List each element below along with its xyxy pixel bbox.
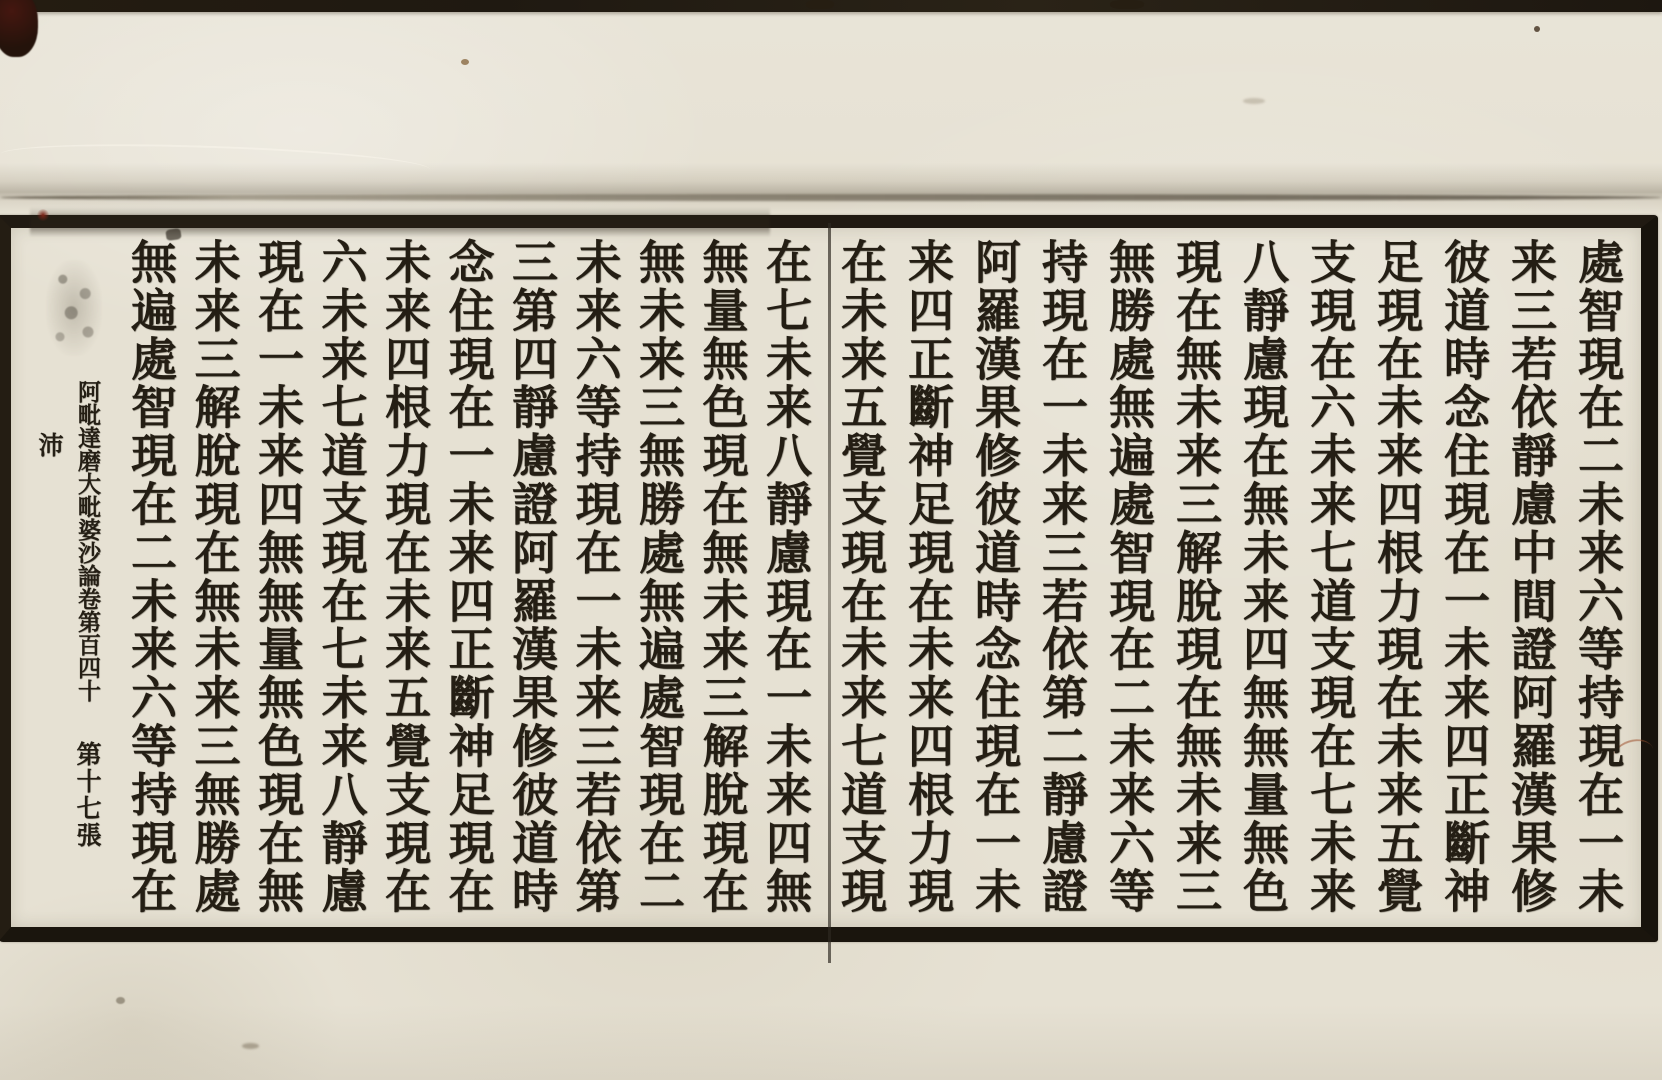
right-text-column-4: 足現在未来四根力現在未来五覺 [1368,238,1426,938]
paper-speck [461,59,469,65]
right-text-column-3: 彼道時念住現在一未来四正斷神 [1435,238,1493,938]
top-left-stain [0,0,38,57]
left-text-column-1: 在七未来八靜慮現在一未来四無 [757,238,815,938]
paper-speck [116,997,125,1004]
left-text-column-11: 無遍處智現在二未来六等持現在 [122,238,180,938]
right-text-column-12: 在未来五覺支現在未来七道支現 [832,238,890,938]
left-text-column-2: 無量無色現在無未来三解脫現在 [694,238,752,938]
sheet-number: 第十七張 [73,731,102,849]
left-text-column-6: 念住現在一未来四正斷神足現在 [440,238,498,938]
top-edge-mark [1110,0,1144,9]
left-text-column-5: 三第四靜慮證阿羅漢果修彼道時 [503,238,561,938]
right-text-column-9: 持現在一未来三若依第二靜慮證 [1033,238,1091,938]
left-text-column-8: 六未来七道支現在七未来八靜慮 [313,238,371,938]
colophon-column: 阿毗達磨大毗婆沙論卷第百四十 第十七張 沛 [68,380,106,900]
right-text-column-5: 支現在六未来七道支現在七未来 [1301,238,1359,938]
left-text-column-7: 未来四根力現在未来五覺支現在 [376,238,434,938]
paper-speck [242,1043,259,1049]
red-paper-speck [37,209,49,221]
fold-crease-band [0,163,1662,215]
left-text-column-3: 無未来三無勝處無遍處智現在二 [630,238,688,938]
right-text-column-7: 現在無未来三解脫現在無未来三 [1167,238,1225,938]
paper-speck [1534,26,1540,32]
page-center-fold-line [828,223,831,963]
left-text-column-4: 未来六等持現在一未来三若依第 [567,238,625,938]
right-text-column-8: 無勝處無遍處智現在二未来六等 [1100,238,1158,938]
setoff-ink-smudge [46,260,102,356]
fascicle-title: 阿毗達磨大毗婆沙論卷第百四十 [74,380,101,702]
fold-crease-line [0,194,1662,201]
right-text-column-1: 處智現在二未来六等持現在一未 [1569,238,1627,938]
crease-highlight [0,139,430,186]
right-text-column-6: 八靜慮現在無未来四無無量無色 [1234,238,1292,938]
case-mark: 沛 [35,406,64,457]
top-edge-mark [806,0,834,9]
left-text-column-10: 未来三解脫現在無未来三無勝處 [186,238,244,938]
paper-speck [1243,98,1265,104]
left-text-column-9: 現在一未来四無無量無色現在無 [249,238,307,938]
right-text-column-2: 来三若依靜慮中間證阿羅漢果修 [1502,238,1560,938]
right-text-column-10: 阿羅漢果修彼道時念住現在一未 [966,238,1024,938]
right-text-column-11: 来四正斷神足現在未来四根力現 [899,238,957,938]
